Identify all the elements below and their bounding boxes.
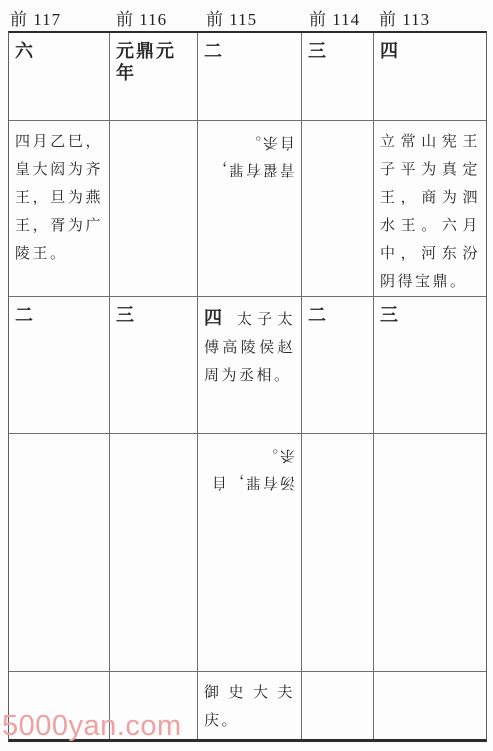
empty-cell xyxy=(374,672,486,739)
year-number: 三 xyxy=(380,305,400,325)
empty-cell xyxy=(302,434,374,672)
year-header-label: 前 116 xyxy=(116,5,167,30)
empty-cell xyxy=(110,121,198,297)
empty-cell xyxy=(302,672,374,739)
inverted-note-cell: 汤有罪，自 杀。 xyxy=(198,434,302,672)
year-header-label: 前 115 xyxy=(206,5,257,30)
years-header: 前 117 前 116 前 115 前 114 前 113 xyxy=(0,5,493,29)
year-number: 三 xyxy=(308,41,328,61)
year-number: 二 xyxy=(204,41,224,61)
year-number-cell: 六 xyxy=(9,33,110,121)
chronology-page: 前 117 前 116 前 115 前 114 前 113 六 元鼎元年 二 三… xyxy=(0,0,493,751)
imperial-counselor-cell: 御史大夫庆。 xyxy=(198,672,302,739)
inverted-note-text: 汤有罪，自 杀。 xyxy=(204,441,295,495)
year-number: 三 xyxy=(116,305,136,325)
year-number-cell: 二 xyxy=(9,297,110,434)
year-header-label: 前 113 xyxy=(379,5,430,30)
event-text: 四月乙巳，皇大闳为齐王，旦为燕王，胥为广陵王。 xyxy=(15,128,103,268)
inverted-note-cell: 青翟有罪， 自杀。 xyxy=(198,121,302,297)
year-number-cell: 二 xyxy=(198,33,302,121)
chancellor-entry: 四太子太傅高陵侯赵周为丞相。 xyxy=(204,304,295,390)
year-number-cell: 二 xyxy=(302,297,374,434)
imperial-counselor-text: 御史大夫庆。 xyxy=(204,679,295,735)
year-number: 二 xyxy=(308,305,328,325)
year-number: 二 xyxy=(15,305,35,325)
event-text-cell: 四月乙巳，皇大闳为齐王，旦为燕王，胥为广陵王。 xyxy=(9,121,110,297)
empty-cell xyxy=(302,121,374,297)
year-number-cell: 三 xyxy=(302,33,374,121)
empty-cell xyxy=(110,434,198,672)
year-number-cell: 四 xyxy=(374,33,486,121)
inverted-note-text: 青翟有罪， 自杀。 xyxy=(204,128,295,182)
year-number: 四 xyxy=(204,308,225,328)
year-header-label: 前 117 xyxy=(10,5,61,30)
event-text-cell: 立常山宪王子平为真定王，商为泗水王。六月中，河东汾阴得宝鼎。 xyxy=(374,121,486,297)
year-number-cell: 三 xyxy=(110,297,198,434)
year-number: 六 xyxy=(15,41,35,61)
watermark: 5000yan.com xyxy=(2,710,182,743)
year-number-cell: 三 xyxy=(374,297,486,434)
era-name: 元鼎元年 xyxy=(116,41,176,83)
empty-cell xyxy=(9,434,110,672)
empty-cell xyxy=(374,434,486,672)
event-text: 立常山宪王子平为真定王，商为泗水王。六月中，河东汾阴得宝鼎。 xyxy=(380,128,480,296)
year-number: 四 xyxy=(380,41,400,61)
chancellor-cell: 四太子太傅高陵侯赵周为丞相。 xyxy=(198,297,302,434)
year-header-label: 前 114 xyxy=(309,5,360,30)
chronology-table: 六 元鼎元年 二 三 四 四月乙巳，皇大闳为齐王，旦为燕王，胥为广陵王。 青翟有… xyxy=(8,31,487,742)
era-name-cell: 元鼎元年 xyxy=(110,33,198,121)
